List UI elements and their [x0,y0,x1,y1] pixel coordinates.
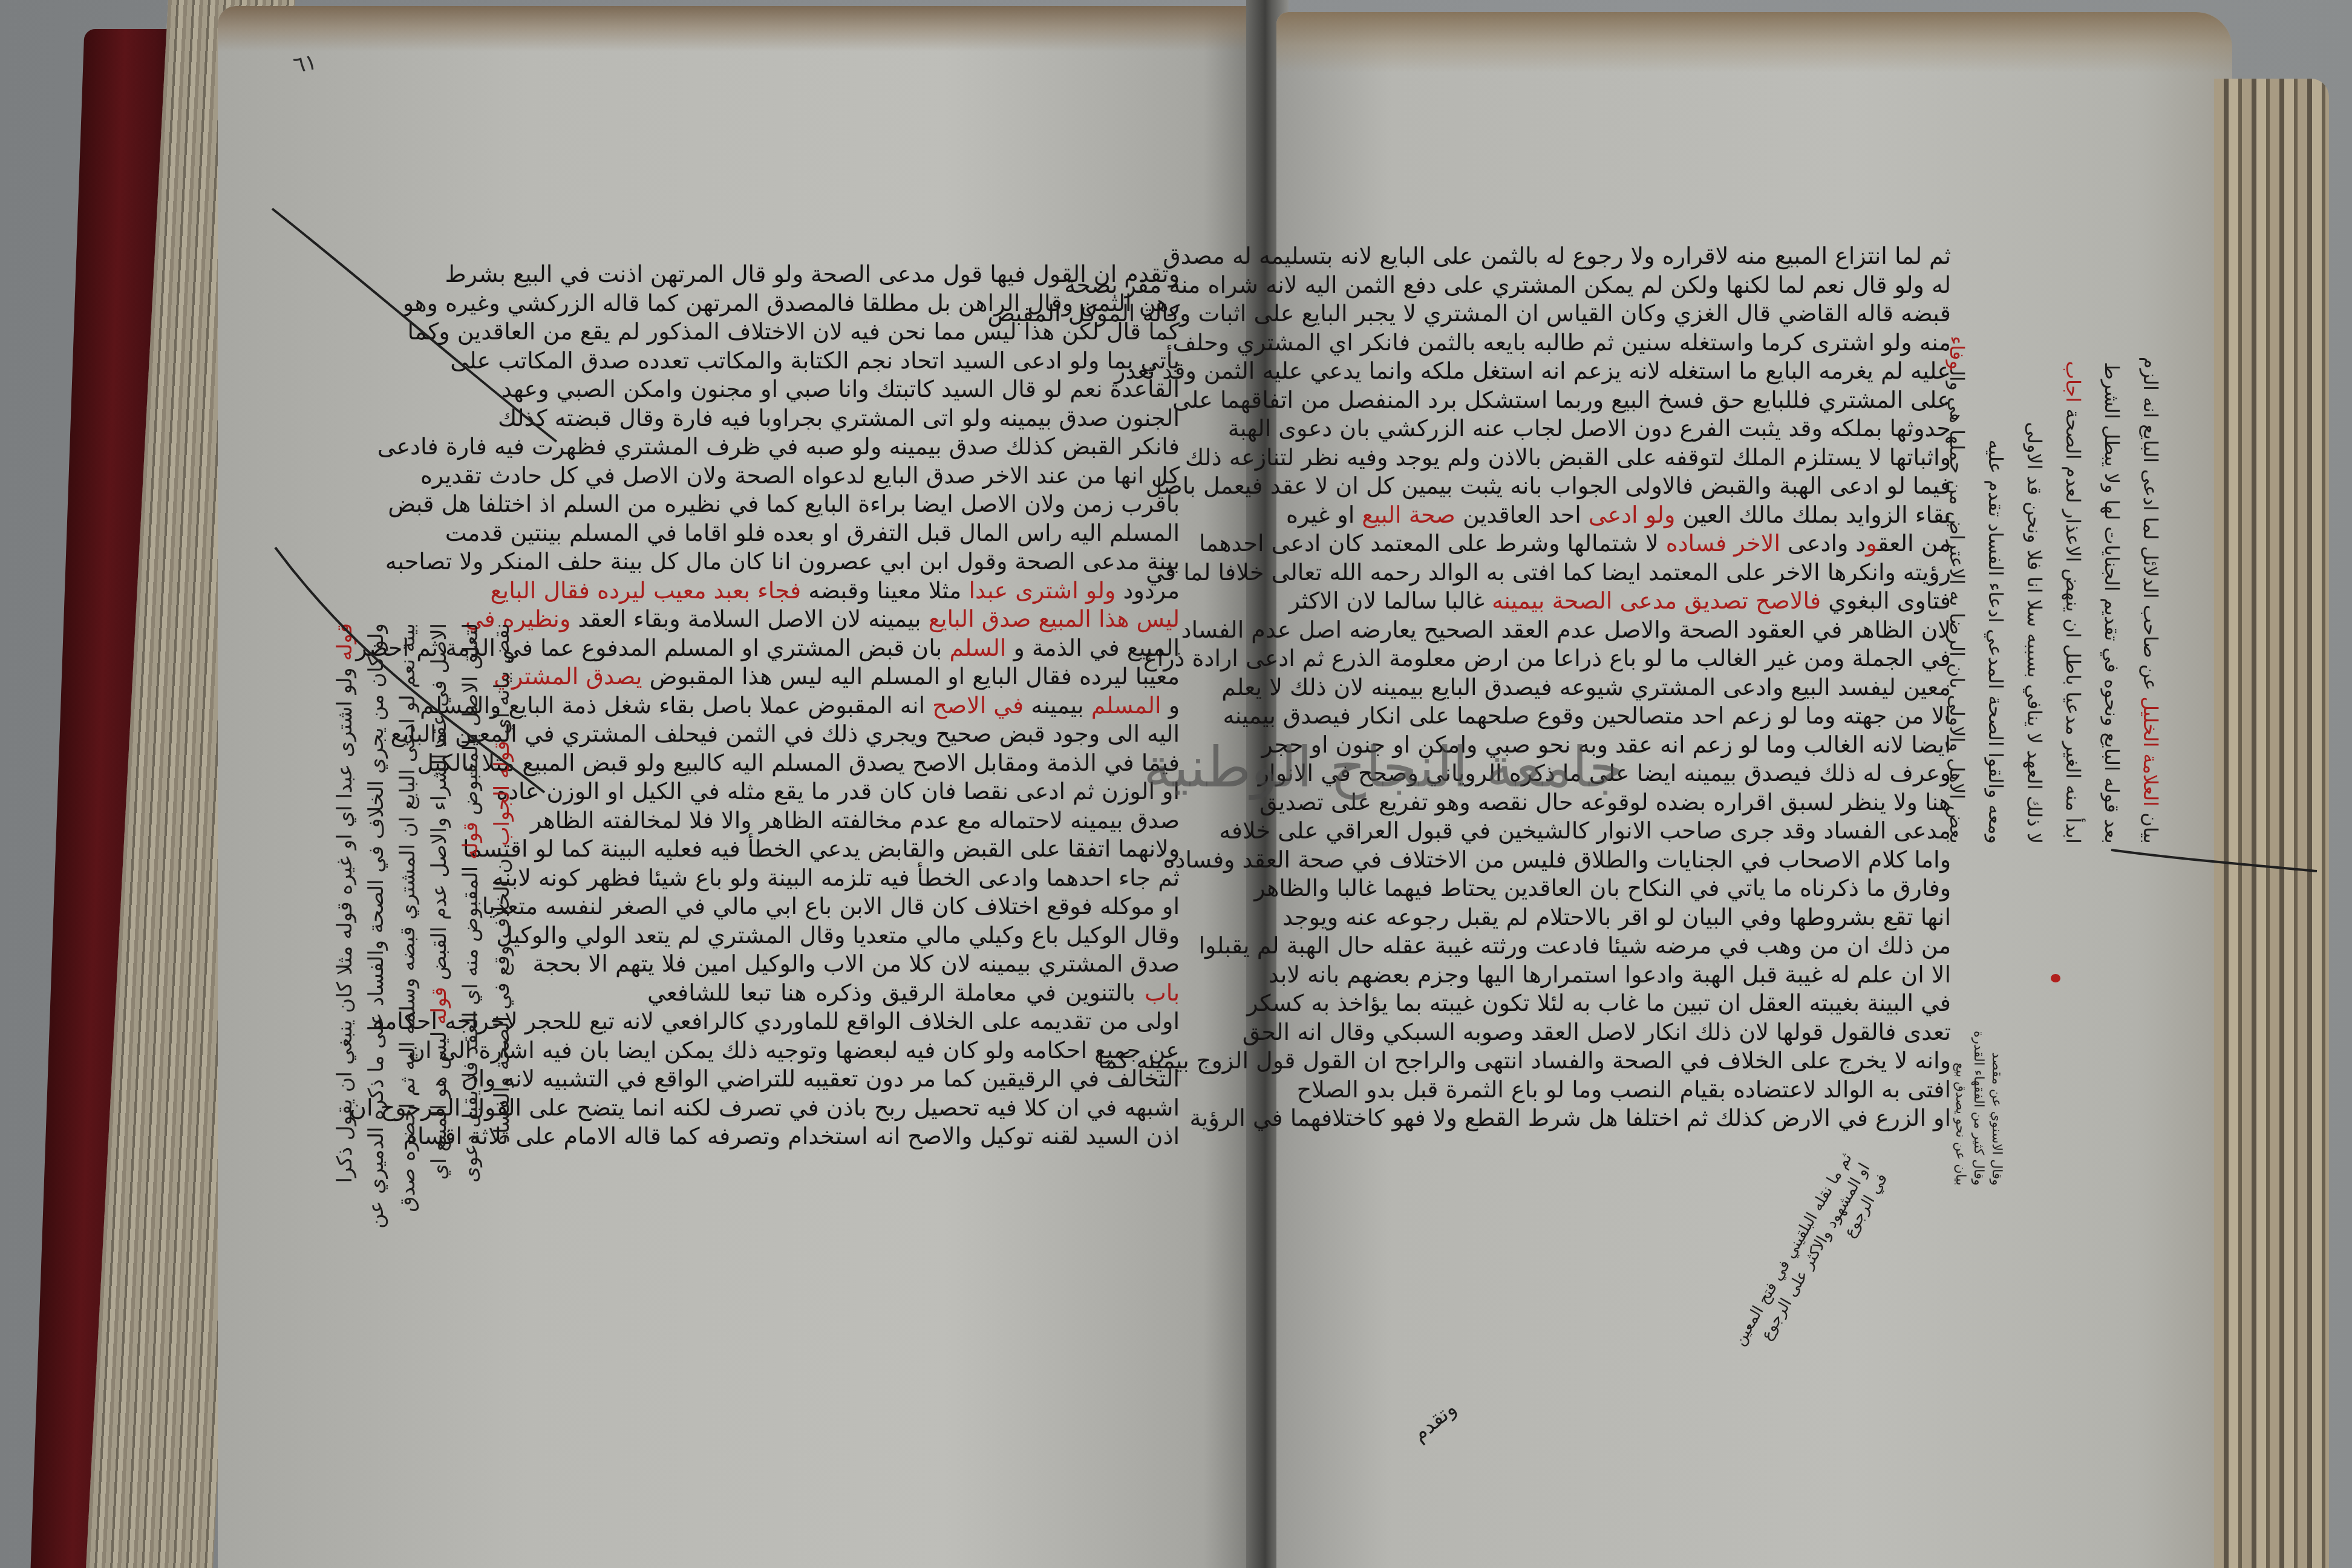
right-margin-small-note-line: بيان عن نحو يصدق بيع [1951,944,1969,1186]
rubric-red-text: وفاء [1945,336,1968,370]
right-page-body-line: في الجملة ومن غير الغالب ما لو باع ذراعا… [1355,644,1951,673]
body-text-span: ليس هو المبيع اي [427,1025,451,1180]
right-margin-note-line: بعض الاهل والاولى بان الرضا به الاعتراض … [1938,148,1976,844]
rubric-red-text: باب [1145,979,1180,1006]
body-text-span: لا شتمالها وشرط على المعتمد كان ادعى احد… [1199,530,1666,557]
body-text-span: بقاء الزوايد بملك مالك العين [1675,501,1951,528]
right-margin-note-line: لا ذلك العهد لا ينافي بسببه سلا انا فلا … [2015,148,2054,844]
left-page-body-line: المسلم اليه راس المال قبل التفرق او بعده… [647,519,1180,548]
rubric-red-text: السلم [950,635,1007,661]
left-page-body-line: ثم جاء احدهما وادعى الخطأ فيه تلزمه البي… [647,864,1180,893]
right-margin-small-note-line: وقال كثير من الفقهاء القدرة [1969,944,1987,1186]
left-page-body-line: بينة مدعى الصحة وقول ابن ابي عصرون انا ك… [647,547,1180,577]
left-page-body-line: ليس هذا المبيع صدق البايع بيمينه لان الا… [647,605,1180,634]
rubric-red-text: في الاصح [932,692,1024,719]
rubric-red-text: العلامة الخليل [2139,697,2162,806]
left-page-body-line: وقال الوكيل باع وكيلي مالي متعديا وقال ا… [647,921,1180,950]
rubric-red-text: ولو ادعى [1589,501,1675,528]
left-page-body-line: يأتي بما ولو ادعى السيد اتحاد نجم الكتاب… [647,347,1180,376]
left-page-body-line: كل انها من عند الاخر صدق البايع لدعواه ا… [647,462,1180,491]
body-text-span: بيمينه لان الاصل السلامة وبقاء العقد [570,606,928,632]
left-margin-note-text: قوله ولو اشترى عبدا اي او غيره قوله مثلا… [329,623,518,1530]
right-page-body-line: واثباتها لا يستلزم الملك لتوقفه على القب… [1355,443,1951,472]
right-page-body-line: وفارق ما ذكرناه ما ياتي في النكاح بان ال… [1355,874,1951,903]
right-page-body-text: ثم لما انتزاع المبيع منه لاقراره ولا رجو… [1355,242,1951,1133]
rubric-red-text: الجواب [490,785,514,846]
right-page-body-line: على المشتري فللبايع حق فسخ البيع وربما ا… [1355,386,1951,415]
body-text-span: مثلا معينا وقبضه [801,577,969,604]
left-page-body-line: المبيع في الذمة و السلم بان قبض المشتري … [647,634,1180,663]
rubric-red-text: صحة البيع [1362,501,1455,528]
right-margin-note-line: بعد قوله البايع ونحوه في تقديم الجنايات … [2092,148,2131,844]
body-text-span: ولو اشترى عبدا اي او غيره قوله مثلا كان … [333,661,357,1183]
left-page-body-line: ولانهما اتفقا على القبض والقابض يدعي الخ… [647,835,1180,864]
left-page-body-line: او موكله فوقع اختلاف كان قال الابن باع ا… [647,892,1180,921]
left-margin-note-line: نقض بيانه اي قوله الجواب ان الخلاف وقع ف… [486,623,518,1530]
body-text-span: عن صاحب الدلائل لما ادعى البايع انه الزم [2139,357,2162,697]
rubric-red-text: اجاب [2062,361,2085,403]
right-page-body-line: قبضه قاله القاضي قال الغزي وكان القياس ا… [1355,299,1951,328]
body-text-span: معيبا ليرده فقال البايع او المسلم اليه ل… [642,663,1180,690]
right-margin-small-note: وقال الاسنوي عن مقصدوقال كثير من الفقهاء… [1924,944,2033,1186]
right-page-body-line: او الزرع في الارض كذلك ثم اختلفا هل شرط … [1355,1104,1951,1133]
left-margin-note-line: الاصل في عقد الشراء والاصل عدم القبض قول… [423,623,455,1530]
right-margin-small-note-line: وقال الاسنوي عن مقصد [1987,944,2005,1186]
left-page-body-line: اليه الى وجود قبض صحيح ويجري ذلك في الثم… [647,720,1180,749]
right-margin-note-line: ابدأ منه الغير مدعيا باطل ان ينهض الاعذا… [2054,148,2092,844]
right-page-body-line: معين ليفسد البيع وادعى المشتري شيوعه فيص… [1355,673,1951,702]
body-text-span: المقبوض منه اي العقد فلا يقبل دعوى [459,860,483,1183]
right-margin-note-line: بيان العلامة الخليل عن صاحب الدلائل لما … [2131,148,2170,844]
right-page-body-line: ثم لما انتزاع المبيع منه لاقراره ولا رجو… [1355,242,1951,271]
right-page-top-stain [1276,12,2232,73]
rubric-red-text: فالاصح تصديق مدعى الصحة بيمينه [1492,587,1821,614]
right-page-body-line: حدوثها بملكه وقد يثبت الفرع دون الاصل لج… [1355,414,1951,443]
body-text-span: ابدأ منه الغير مدعيا باطل ان ينهض الاعذا… [2062,402,2085,844]
rubric-red-text: قوله [333,623,357,661]
rubric-red-text: و [1866,530,1878,557]
right-page-body-line: لان الظاهر في العقود الصحة والاصل عدم ال… [1355,616,1951,645]
right-page-body-line: من ذلك ان من وهب في مرضه شيئا فادعت ورثت… [1355,932,1951,961]
rubric-red-text: ولو اشترى عبدا [969,577,1116,604]
body-text-span: و [1161,692,1180,719]
left-page-body-line: صدق المشتري بيمينه لان كلا من الاب والوك… [647,950,1180,979]
right-page-body-line: بقاء الزوايد بملك مالك العين ولو ادعى اح… [1355,501,1951,530]
watermark: جامعة النجاح الوطنية [1143,735,1624,800]
body-text-span: احد العاقدين [1455,501,1589,528]
left-page-body-line: باقرب زمن ولان الاصل ايضا براءة البايع ك… [647,490,1180,519]
body-text-span: بيان [2139,806,2162,844]
body-text-span: نقض بيانه اي [490,623,514,741]
left-page-body-line: او الوزن ثم ادعى نقصا فان كان قدر ما يقع… [647,777,1180,806]
rubric-red-text: فجاء بعبد معيب ليرده فقال البايع [490,577,801,604]
left-page-body-line: القاعدة نعم لو قال السيد كاتبتك وانا صبي… [647,375,1180,404]
left-page-body-line: اذن السيد لقنه توكيل والاصح انه استخدام … [647,1122,1180,1151]
right-page-body-line: فيما لو ادعى الهبة والقبض فالاولى الجواب… [1355,472,1951,501]
red-ink-mark [2051,974,2060,982]
right-page-body-line: مدعى الفساد وقد جرى صاحب الانوار كالشيخي… [1355,817,1951,846]
right-page-body-line: الا من جهته وما لو زعم احد متصالحين وقوع… [1355,702,1951,731]
left-page-body-line: اولى من تقديمه على الخلاف الواقع للماورد… [647,1007,1180,1036]
left-page-body-line: فانكر القبض كذلك صدق بيمينه ولو صبه في ظ… [647,433,1180,462]
right-margin-small-note-text: وقال الاسنوي عن مقصدوقال كثير من الفقهاء… [1951,944,2005,1186]
left-margin-note-line: لتعلق الاصل بالمقبوض قوله المقبوض منه اي… [455,623,486,1530]
rubric-red-text: ليس هذا المبيع صدق البايع [929,606,1180,632]
right-margin-note-line: ومعه والقوا الصحة المدعي ادعاء الفساد تق… [1976,148,2015,844]
body-text-span [490,779,514,785]
left-margin-note-line: بينة نعم لو ادعى البايع ان المشتري قبضه … [392,623,423,1530]
right-margin-note-text: بيان العلامة الخليل عن صاحب الدلائل لما … [1938,148,2170,844]
right-page-body-line: منه ولو اشترى كرما واستغله سنين ثم طالبه… [1355,328,1951,358]
right-page-body-line: واما كلام الاصحاب في الجنايات والطلاق فل… [1355,846,1951,875]
left-page-body-line: فيما في الذمة ومقابل الاصح يصدق المسلم ا… [647,749,1180,778]
rubric-red-text: قوله [427,987,451,1024]
body-text-span: الاصل في عقد الشراء والاصل عدم القبض [427,623,451,987]
folio-number: ٦١ [292,50,319,78]
left-page-top-stain [218,6,1255,51]
right-page-body-line: وانه لا يخرج على الخلاف في الصحة والفساد… [1355,1047,1951,1076]
body-text-span: د وادعى [1780,530,1866,557]
body-text-span: غالبا سالما لان الاكثر [1289,587,1492,614]
left-page-body-line: و المسلم بيمينه في الاصح انه المقبوض عمل… [647,691,1180,720]
rubric-red-text: قوله [490,741,514,779]
body-text-span: او غيره [1286,501,1362,528]
left-page-body-line: باب بالتنوين في معاملة الرقيق وذكره هنا … [647,979,1180,1008]
body-text-span: بيمينه [1024,692,1091,719]
right-page-body-line: افتى به الوالد لاعتضاده بقيام النصب وما … [1355,1076,1951,1105]
left-page-body-line: صدق بيمينه لاحتماله مع عدم مخالفته الظاه… [647,806,1180,835]
body-text-span: ان الخلاف وقع في الصحة والفساد [490,846,514,1143]
body-text-span: لتعلق الاصل بالمقبوض [459,623,483,822]
left-margin-note: قوله ولو اشترى عبدا اي او غيره قوله مثلا… [254,605,593,1549]
right-page-body-line: عليه لم يغرمه البايع ما استغله لانه يزعم… [1355,357,1951,386]
right-page-body-line: في البينة بغيبته العقل ان تبين ما غاب به… [1355,989,1951,1018]
right-margin-note: بيان العلامة الخليل عن صاحب الدلائل لما … [1912,133,2196,859]
right-page-body-line: له ولو قال نعم لما لكنها ولكن لم يمكن ال… [1355,271,1951,300]
right-page-body-line: الا ان علم له غيبة قبل الهبة وادعوا استم… [1355,961,1951,990]
right-page-edges [2214,79,2329,1568]
right-page-body-line: انها تقع بشروطها وفي البيان لو اقر بالاح… [1355,903,1951,932]
rubric-red-text: قوله [459,822,483,859]
left-page-body-text: وتقدم ان القول فيها قول مدعى الصحة ولو ق… [647,260,1180,1151]
left-margin-note-line: قوله ولو اشترى عبدا اي او غيره قوله مثلا… [329,623,361,1530]
left-page-body-line: مردود ولو اشترى عبدا مثلا معينا وقبضه فج… [647,577,1180,606]
left-margin-note-line: ولو كان من يجري الخلاف في الصحة والفساد … [361,623,392,1530]
left-page-body-line: معيبا ليرده فقال البايع او المسلم اليه ل… [647,662,1180,691]
right-page-body-line: من العقود وادعى الاخر فساده لا شتمالها و… [1355,529,1951,558]
left-page-body-line: الجنون صدق بيمينه ولو اتى المشتري بجراوب… [647,404,1180,433]
right-page-body-line: تعدى فالقول قولها لان ذلك انكار لاصل الع… [1355,1018,1951,1047]
rubric-red-text: الاخر فساده [1666,530,1780,557]
body-text-span: بالتنوين في معاملة الرقيق وذكره هنا تبعا… [647,979,1145,1006]
body-text-span: بعض الاهل والاولى بان الرضا به الاعتراض … [1945,370,1968,844]
left-page-body-line: اشبهه في ان كلا فيه تحصيل ربح باذن في تص… [647,1094,1180,1123]
right-page-body-line: رؤيته وانكرها الاخر على المعتمد ايضا كما… [1355,558,1951,587]
right-page-body-line: فتاوى البغوي فالاصح تصديق مدعى الصحة بيم… [1355,587,1951,616]
rubric-red-text: المسلم [1091,692,1161,719]
